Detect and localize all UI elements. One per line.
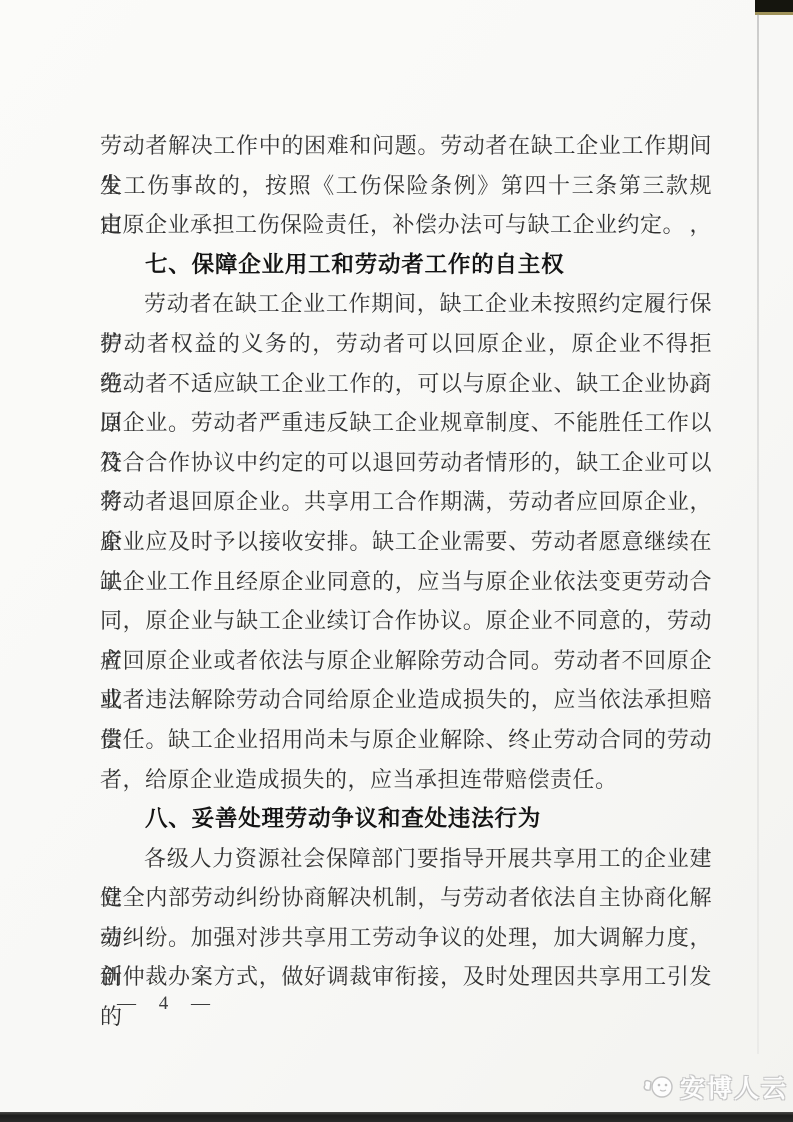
text-line: 符合合作协议中约定的可以退回劳动者情形的，缺工企业可以将 — [100, 443, 712, 483]
scan-footer-bar — [0, 1112, 793, 1122]
heading-section-eight: 八、妥善处理劳动争议和查处违法行为 — [100, 799, 712, 839]
document-body: 劳动者解决工作中的困难和问题。劳动者在缺工企业工作期间发生工伤事故的，按照《工伤… — [100, 126, 712, 997]
text-line: 劳动者解决工作中的困难和问题。劳动者在缺工企业工作期间发 — [100, 126, 712, 166]
text-line: 由原企业承担工伤保险责任，补偿办法可与缺工企业约定。 — [100, 205, 712, 245]
text-line: 新仲裁办案方式，做好调裁审衔接，及时处理因共享用工引发的 — [100, 957, 712, 997]
text-line: 原企业。劳动者严重违反缺工企业规章制度、不能胜任工作以及 — [100, 403, 712, 443]
page-number: — 4 — — [117, 993, 219, 1015]
text-line: 生工伤事故的，按照《工伤保险条例》第四十三条第三款规定， — [100, 166, 712, 206]
text-line: 劳动者在缺工企业工作期间，缺工企业未按照约定履行保护 — [100, 284, 712, 324]
text-line: 应回原企业或者依法与原企业解除劳动合同。劳动者不回原企业 — [100, 641, 712, 681]
scan-corner-artifact — [755, 0, 793, 15]
text-line: 各级人力资源社会保障部门要指导开展共享用工的企业建立 — [100, 839, 712, 879]
text-line: 企业应及时予以接收安排。缺工企业需要、劳动者愿意继续在缺 — [100, 522, 712, 562]
text-line: 或者违法解除劳动合同给原企业造成损失的，应当依法承担赔偿 — [100, 680, 712, 720]
text-line: 劳动者退回原企业。共享用工合作期满，劳动者应回原企业，原 — [100, 482, 712, 522]
heading-section-seven: 七、保障企业用工和劳动者工作的自主权 — [100, 245, 712, 285]
text-line: 工企业工作且经原企业同意的，应当与原企业依法变更劳动合 — [100, 562, 712, 602]
text-line: 动纠纷。加强对涉共享用工劳动争议的处理，加大调解力度，创 — [100, 918, 712, 958]
watermark: 安博人云 — [643, 1069, 788, 1105]
scanned-document-page: 劳动者解决工作中的困难和问题。劳动者在缺工企业工作期间发生工伤事故的，按照《工伤… — [0, 0, 793, 1122]
text-line: 劳动者不适应缺工企业工作的，可以与原企业、缺工企业协商回 — [100, 364, 712, 404]
watermark-text: 安博人云 — [680, 1069, 788, 1105]
mascot-face-icon — [643, 1072, 677, 1102]
page-edge-crease — [757, 14, 759, 1054]
text-line: 健全内部劳动纠纷协商解决机制，与劳动者依法自主协商化解劳 — [100, 878, 712, 918]
text-line: 同，原企业与缺工企业续订合作协议。原企业不同意的，劳动者 — [100, 601, 712, 641]
text-line: 者，给原企业造成损失的，应当承担连带赔偿责任。 — [100, 760, 712, 800]
text-line: 责任。缺工企业招用尚未与原企业解除、终止劳动合同的劳动 — [100, 720, 712, 760]
text-line: 劳动者权益的义务的，劳动者可以回原企业，原企业不得拒绝。 — [100, 324, 712, 364]
